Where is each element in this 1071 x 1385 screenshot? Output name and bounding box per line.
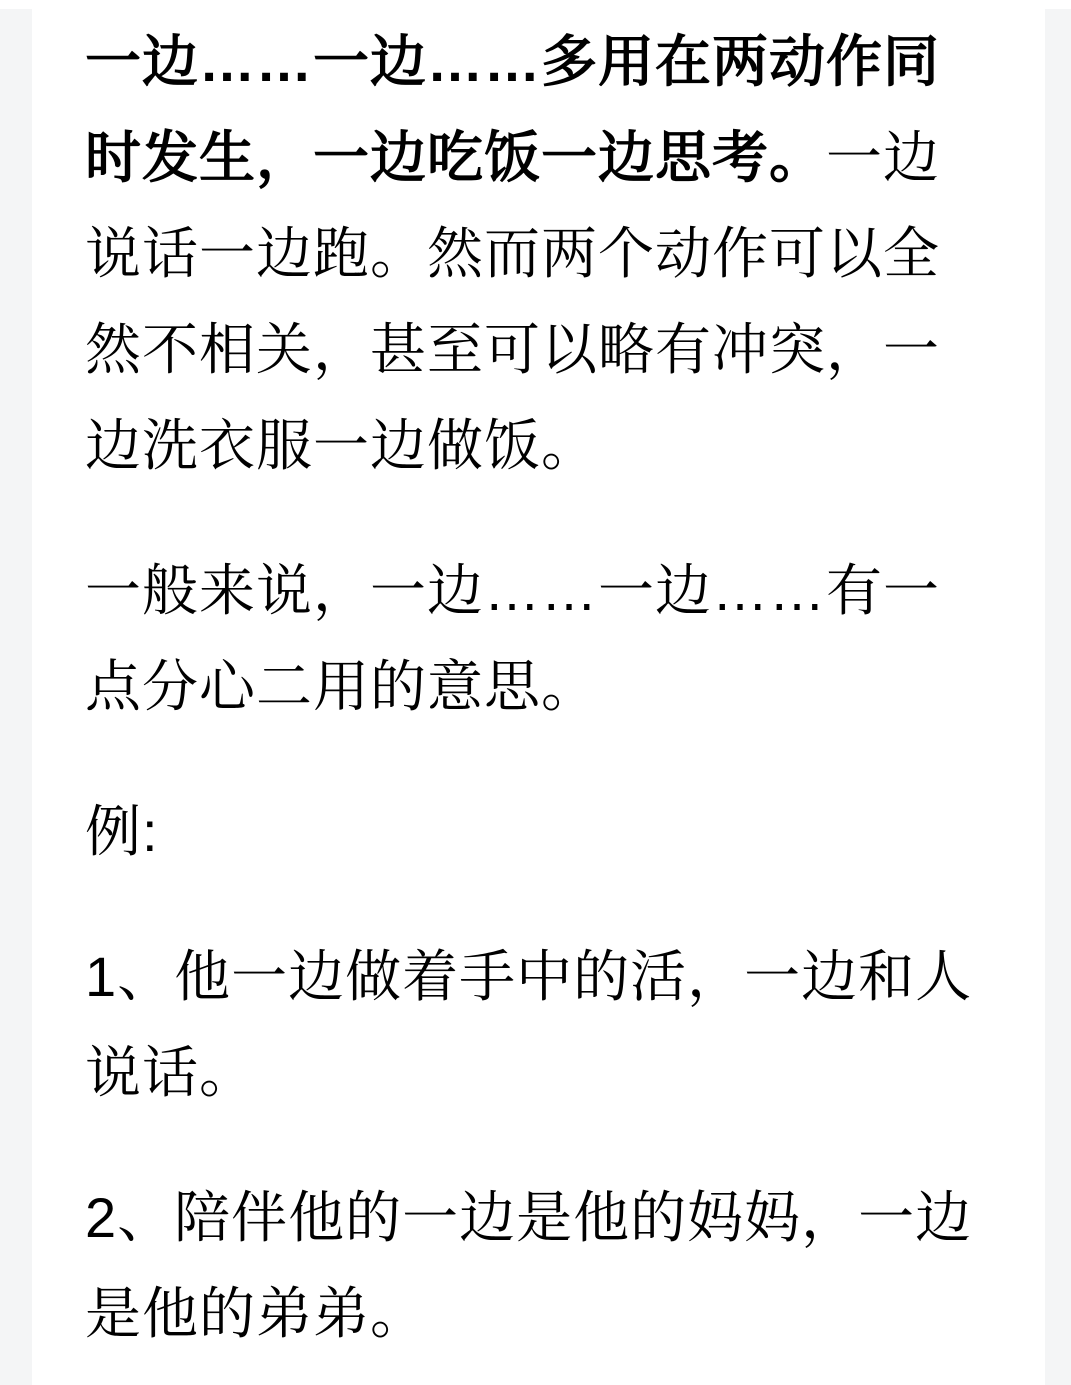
article-page: 一边……一边……多用在两动作同时发生，一边吃饭一边思考。一边说话一边跑。然而两个… [0, 0, 1071, 1385]
note-paragraph: 一般来说，一边……一边……有一点分心二用的意思。 [85, 543, 990, 735]
right-gutter [1045, 9, 1071, 1385]
left-gutter [0, 9, 32, 1385]
definition-paragraph: 一边……一边……多用在两动作同时发生，一边吃饭一边思考。一边说话一边跑。然而两个… [85, 14, 990, 494]
example-item-1: 1、他一边做着手中的活，一边和人说话。 [85, 929, 990, 1121]
example-item-2: 2、陪伴他的一边是他的妈妈，一边是他的弟弟。 [85, 1170, 990, 1362]
definition-bold-text: 一边……一边……多用在两动作同时发生，一边吃饭一边思考。 [85, 30, 940, 189]
article-content: 一边……一边……多用在两动作同时发生，一边吃饭一边思考。一边说话一边跑。然而两个… [85, 14, 990, 1362]
examples-label: 例: [85, 784, 990, 880]
